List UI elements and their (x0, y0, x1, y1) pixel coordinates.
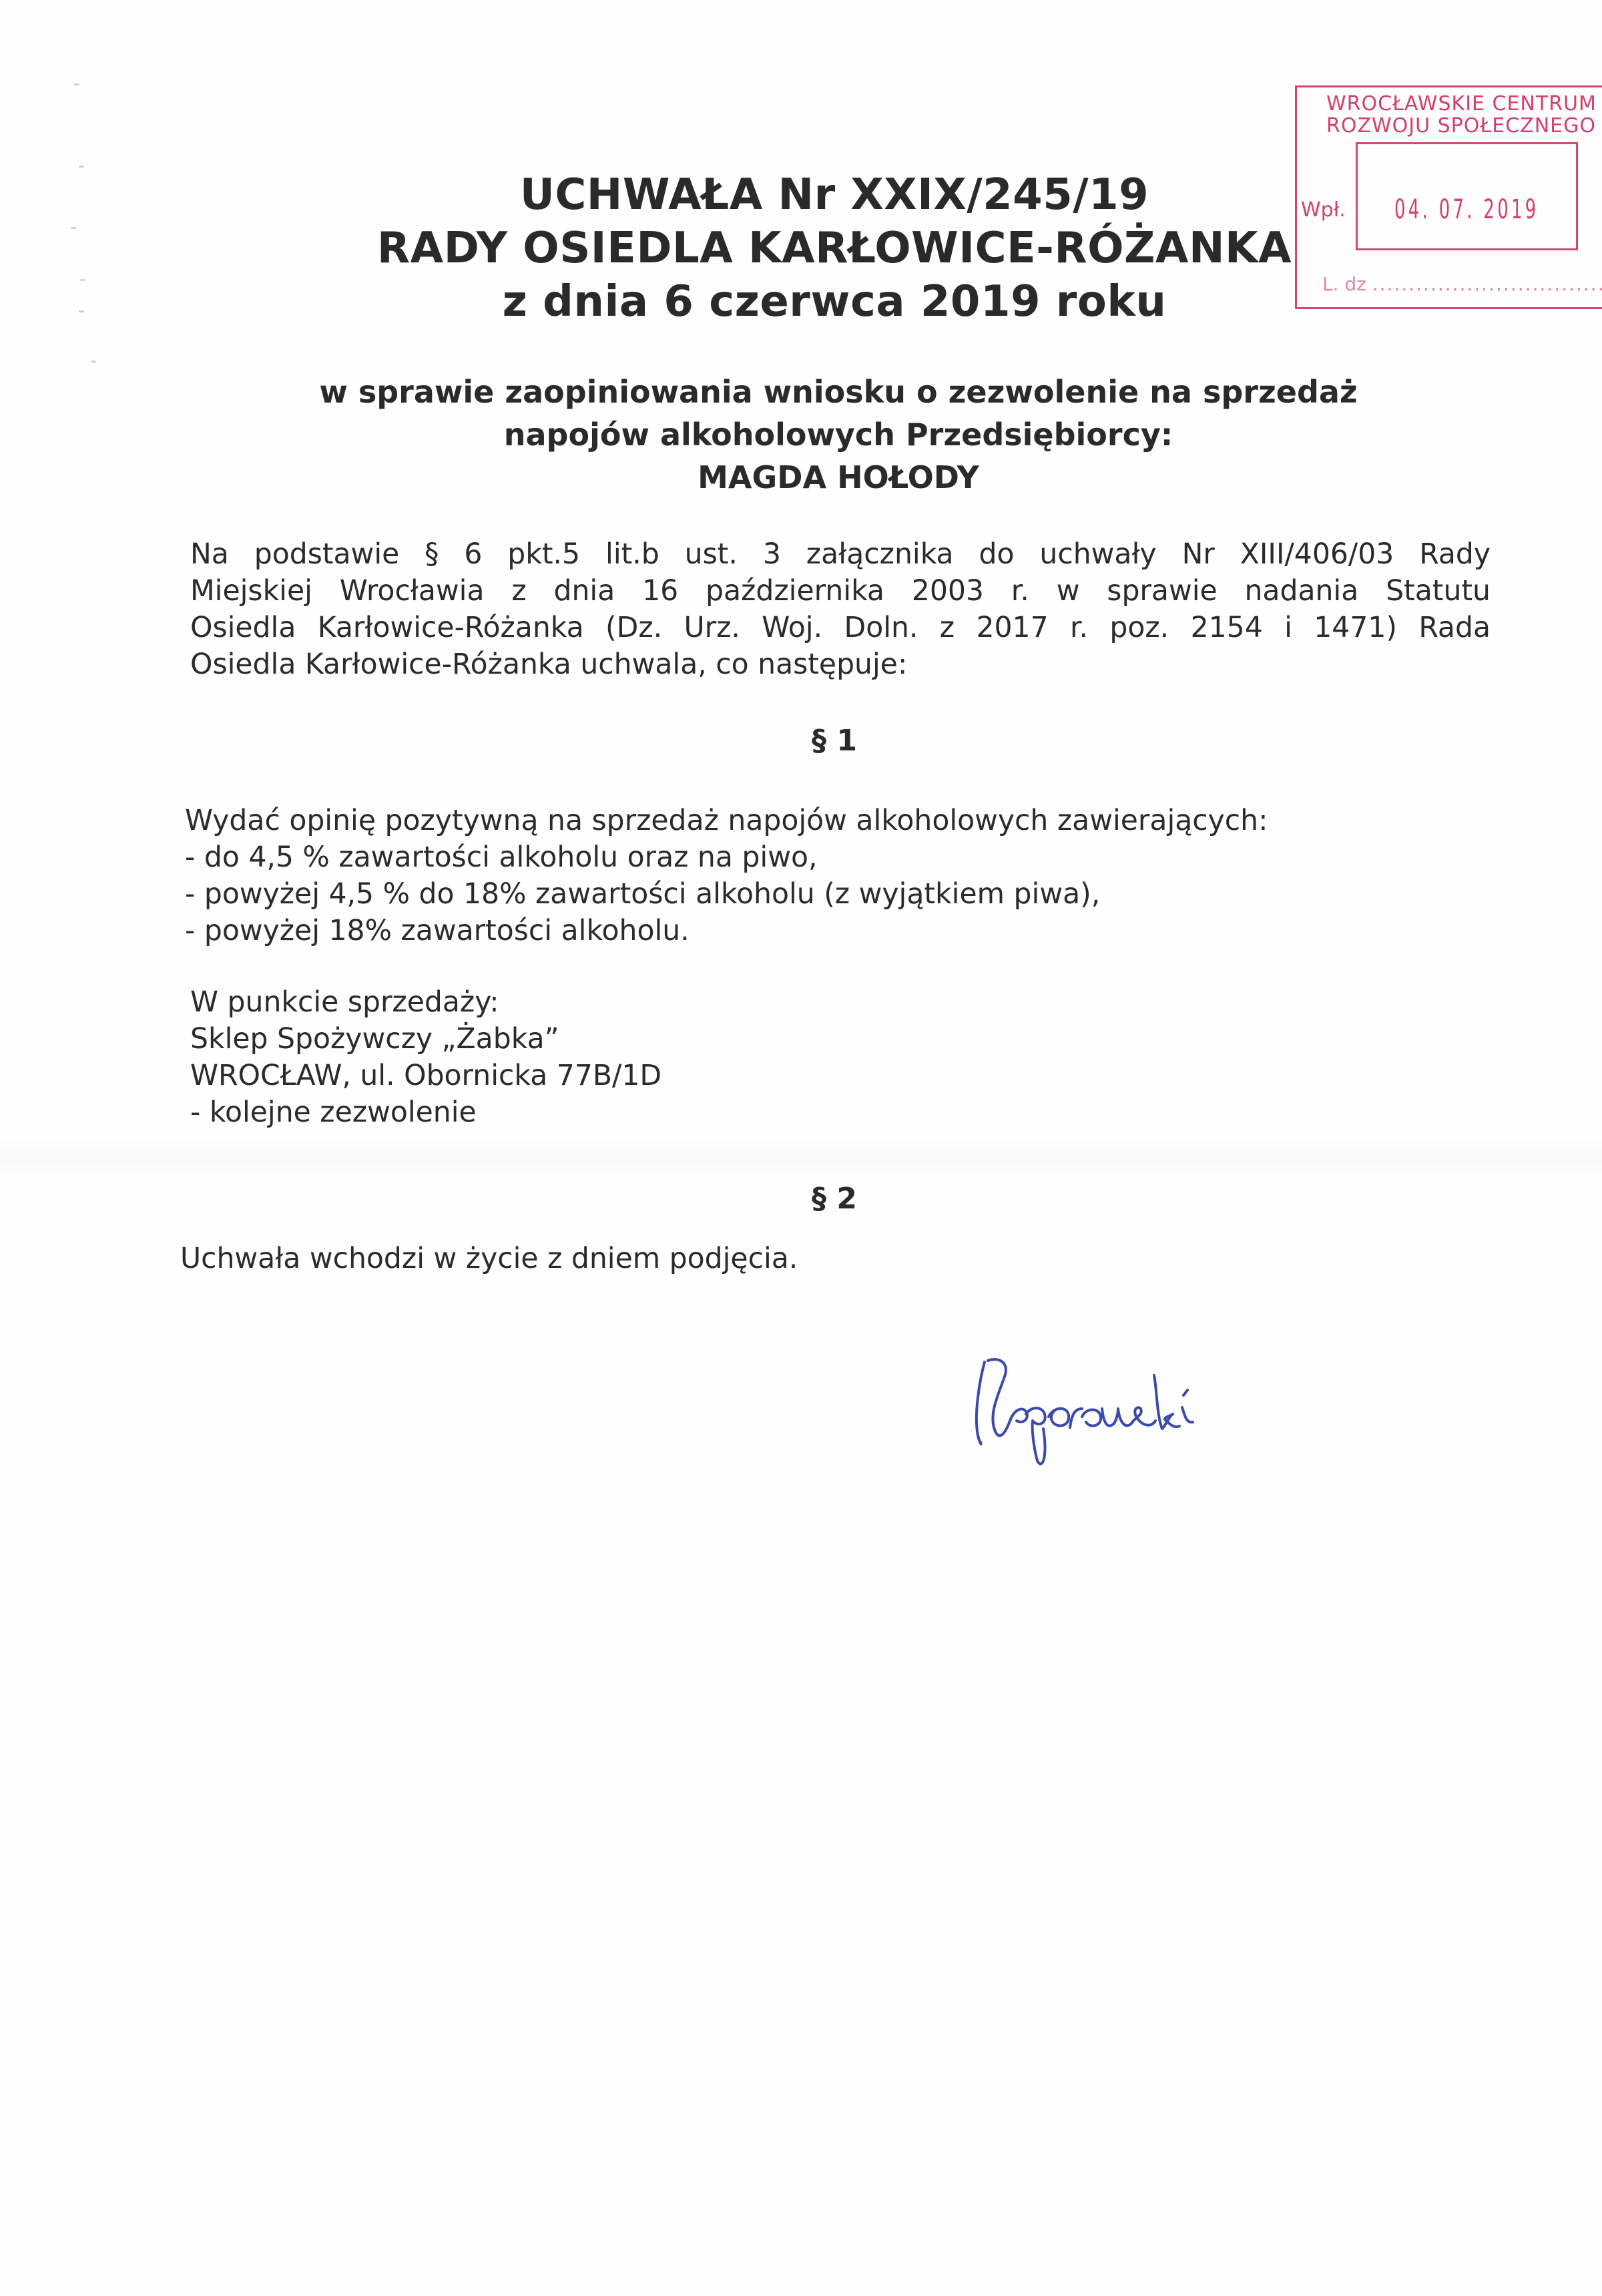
signature-icon (931, 1342, 1245, 1469)
margin-mark (74, 83, 79, 85)
permit-type: - kolejne zezwolenie (190, 1094, 661, 1131)
entrepreneur-name: MAGDA HOŁODY (0, 456, 1602, 499)
paragraph-line: Osiedla Karłowice-Różanka (Dz. Urz. Woj.… (190, 610, 1491, 646)
section-2-heading: § 2 (0, 1180, 1602, 1218)
point-of-sale: W punkcie sprzedaży: Sklep Spożywczy „Ża… (190, 984, 661, 1131)
alcohol-category-item: - powyżej 18% zawartości alkoholu. (185, 913, 1268, 949)
stamp-ref-dots: ........................................… (1372, 273, 1602, 295)
stamp-ref-field: L. dz ..................................… (1322, 273, 1602, 295)
legal-basis-paragraph: Na podstawie § 6 pkt.5 lit.b ust. 3 załą… (190, 536, 1491, 683)
stamp-received-label: Wpł. (1301, 198, 1346, 222)
stamp-org-line: ROZWOJU SPOŁECZNEGO (1326, 115, 1597, 137)
scanner-artifact-band (0, 1138, 1602, 1178)
point-of-sale-label: W punkcie sprzedaży: (190, 984, 661, 1021)
section-1-body: Wydać opinię pozytywną na sprzedaż napoj… (185, 802, 1268, 949)
subject-line: napojów alkoholowych Przedsiębiorcy: (0, 413, 1602, 456)
stamp-received-date: 04. 07. 2019 (1394, 194, 1539, 225)
margin-mark (91, 361, 96, 363)
margin-mark (79, 166, 84, 168)
stamp-organization: WROCŁAWSKIE CENTRUM ROZWOJU SPOŁECZNEGO (1326, 93, 1597, 137)
paragraph-line: Osiedla Karłowice-Różanka uchwala, co na… (190, 646, 1491, 683)
shop-name: Sklep Spożywczy „Żabka” (190, 1021, 661, 1058)
alcohol-category-item: - powyżej 4,5 % do 18% zawartości alkoho… (185, 876, 1268, 913)
alcohol-category-item: - do 4,5 % zawartości alkoholu oraz na p… (185, 839, 1268, 876)
section-1-heading: § 1 (0, 722, 1602, 760)
section-2-text: Uchwała wchodzi w życie z dniem podjęcia… (180, 1240, 798, 1277)
subject-line: w sprawie zaopiniowania wniosku o zezwol… (0, 371, 1602, 413)
registry-stamp: WROCŁAWSKIE CENTRUM ROZWOJU SPOŁECZNEGO … (1295, 85, 1602, 309)
stamp-ref-label: L. dz (1322, 273, 1366, 295)
paragraph-line: Miejskiej Wrocławia z dnia 16 październi… (190, 573, 1491, 610)
section-1-intro: Wydać opinię pozytywną na sprzedaż napoj… (185, 802, 1268, 839)
stamp-org-line: WROCŁAWSKIE CENTRUM (1326, 93, 1597, 115)
paragraph-line: Na podstawie § 6 pkt.5 lit.b ust. 3 załą… (190, 536, 1491, 573)
shop-address: WROCŁAW, ul. Obornicka 77B/1D (190, 1058, 661, 1094)
resolution-subject: w sprawie zaopiniowania wniosku o zezwol… (0, 371, 1602, 499)
